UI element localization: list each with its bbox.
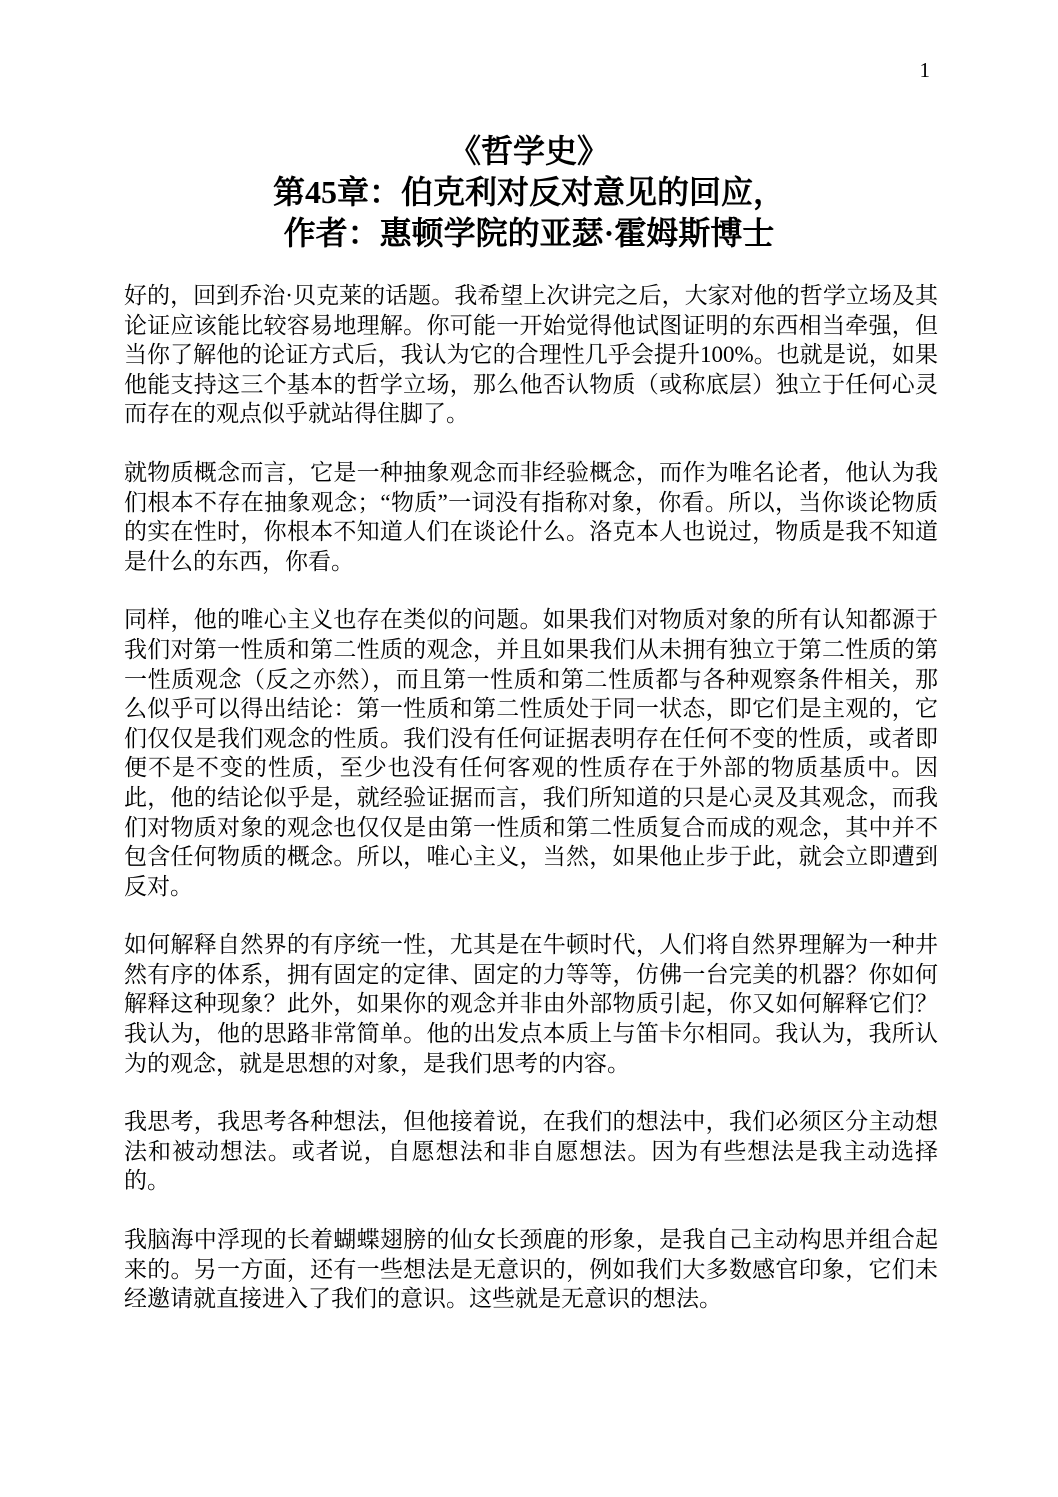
title-line-book: 《哲学史》	[0, 131, 1058, 172]
paragraph-2: 就物质概念而言，它是一种抽象观念而非经验概念，而作为唯名论者，他认为我们根本不存…	[124, 458, 938, 576]
page-number: 1	[920, 60, 931, 81]
title-line-author: 作者：惠顿学院的亚瑟·霍姆斯博士	[0, 213, 1058, 254]
paragraph-3: 同样，他的唯心主义也存在类似的问题。如果我们对物质对象的所有认知都源于我们对第一…	[124, 605, 938, 901]
paragraph-6: 我脑海中浮现的长着蝴蝶翅膀的仙女长颈鹿的形象，是我自己主动构思并组合起来的。另一…	[124, 1225, 938, 1314]
title-line-chapter: 第45章：伯克利对反对意见的回应，	[0, 172, 1058, 213]
paragraph-1: 好的，回到乔治·贝克莱的话题。我希望上次讲完之后，大家对他的哲学立场及其论证应该…	[124, 281, 938, 429]
paragraph-5: 我思考，我思考各种想法，但他接着说，在我们的想法中，我们必须区分主动想法和被动想…	[124, 1107, 938, 1196]
paragraph-4: 如何解释自然界的有序统一性，尤其是在牛顿时代，人们将自然界理解为一种井然有序的体…	[124, 930, 938, 1078]
document-title: 《哲学史》 第45章：伯克利对反对意见的回应， 作者：惠顿学院的亚瑟·霍姆斯博士	[0, 0, 1058, 254]
document-body: 好的，回到乔治·贝克莱的话题。我希望上次讲完之后，大家对他的哲学立场及其论证应该…	[124, 281, 938, 1314]
document-page: 1 《哲学史》 第45章：伯克利对反对意见的回应， 作者：惠顿学院的亚瑟·霍姆斯…	[0, 0, 1058, 1497]
